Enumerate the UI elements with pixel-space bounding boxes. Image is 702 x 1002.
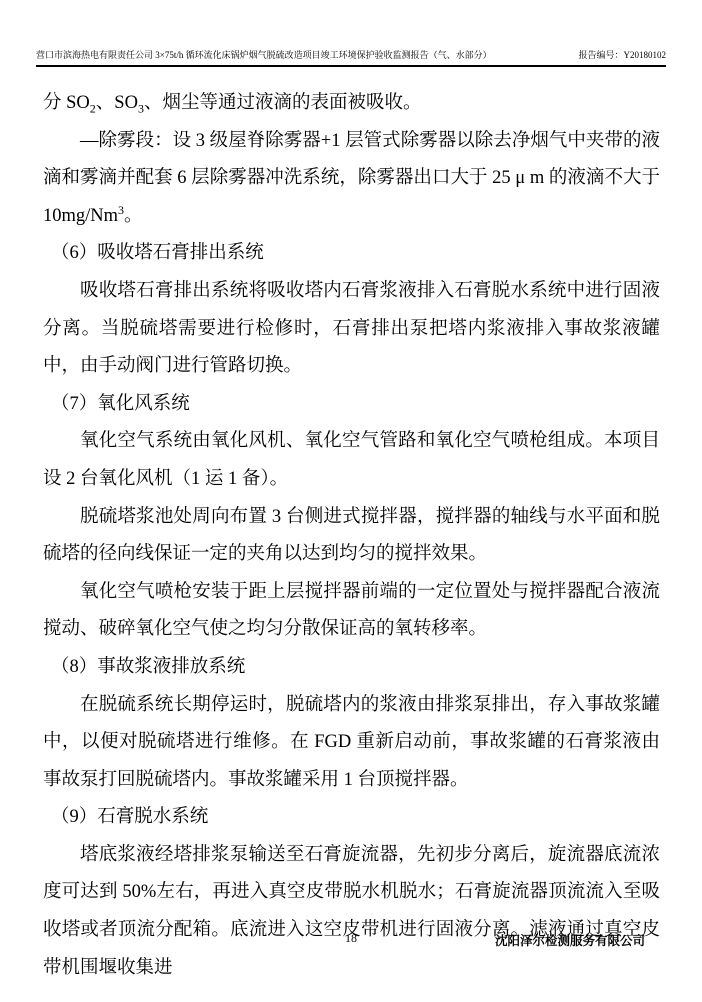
paragraph-demister: —除雾段：设 3 级屋脊除雾器+1 层管式除雾器以除去净烟气中夹带的液滴和雾滴并… xyxy=(43,123,660,236)
paragraph-oxidation-air: 氧化空气系统由氧化风机、氧化空气管路和氧化空气喷枪组成。本项目设 2 台氧化风机… xyxy=(43,423,660,498)
text-run: 氧化空气系统由氧化风机、氧化空气管路和氧化空气喷枪组成。本项目设 2 台氧化风机… xyxy=(43,431,660,489)
text-run: 、SO xyxy=(96,93,138,113)
text-run: 塔底浆液经塔排浆泵输送至石膏旋流器，先初步分离后，旋流器底流浓度可达到 50%左… xyxy=(43,845,660,978)
paragraph-absorption: 分 SO2、SO3、烟尘等通过液滴的表面被吸收。 xyxy=(43,85,660,123)
header-title: 营口市滨海热电有限责任公司 3×75t/h 循环流化床锅炉烟气脱硫改造项目竣工环… xyxy=(36,50,492,61)
paragraph-gypsum-discharge: 吸收塔石膏排出系统将吸收塔内石膏浆液排入石膏脱水系统中进行固液分离。当脱硫塔需要… xyxy=(43,273,660,386)
text-run: 在脱硫系统长期停运时，脱硫塔内的浆液由排浆泵排出，存入事故浆罐中，以便对脱硫塔进… xyxy=(43,695,660,790)
report-number: 报告编号：Y20180102 xyxy=(578,50,666,61)
document-body: 分 SO2、SO3、烟尘等通过液滴的表面被吸收。 —除雾段：设 3 级屋脊除雾器… xyxy=(43,85,660,987)
section-heading-7: （7）氧化风系统 xyxy=(43,386,660,424)
text-run: （6）吸收塔石膏排出系统 xyxy=(51,243,264,263)
text-run: 分 SO xyxy=(43,93,90,113)
text-run: 脱硫塔浆池处周向布置 3 台侧进式搅拌器，搅拌器的轴线与水平面和脱硫塔的径向线保… xyxy=(43,507,660,565)
text-run: （7）氧化风系统 xyxy=(51,394,190,414)
paragraph-agitators: 脱硫塔浆池处周向布置 3 台侧进式搅拌器，搅拌器的轴线与水平面和脱硫塔的径向线保… xyxy=(43,499,660,574)
page-header: 营口市滨海热电有限责任公司 3×75t/h 循环流化床锅炉烟气脱硫改造项目竣工环… xyxy=(36,50,666,67)
text-run: 吸收塔石膏排出系统将吸收塔内石膏浆液排入石膏脱水系统中进行固液分离。当脱硫塔需要… xyxy=(43,281,660,376)
text-run: （8）事故浆液排放系统 xyxy=(51,657,245,677)
text-run: 。 xyxy=(124,206,143,226)
section-heading-8: （8）事故浆液排放系统 xyxy=(43,649,660,687)
report-number-value: Y20180102 xyxy=(624,50,667,60)
document-page: 营口市滨海热电有限责任公司 3×75t/h 循环流化床锅炉烟气脱硫改造项目竣工环… xyxy=(0,0,702,1002)
section-heading-9: （9）石膏脱水系统 xyxy=(43,799,660,837)
text-run: （9）石膏脱水系统 xyxy=(51,807,208,827)
section-heading-6: （6）吸收塔石膏排出系统 xyxy=(43,235,660,273)
paragraph-air-lance: 氧化空气喷枪安装于距上层搅拌器前端的一定位置处与搅拌器配合液流搅动、破碎氧化空气… xyxy=(43,574,660,649)
text-run: 、烟尘等通过液滴的表面被吸收。 xyxy=(144,93,422,113)
paragraph-emergency-slurry: 在脱硫系统长期停运时，脱硫塔内的浆液由排浆泵排出，存入事故浆罐中，以便对脱硫塔进… xyxy=(43,687,660,800)
footer-company-name: 沈阳泽尔检测服务有限公司 xyxy=(495,931,645,949)
text-run: 氧化空气喷枪安装于距上层搅拌器前端的一定位置处与搅拌器配合液流搅动、破碎氧化空气… xyxy=(43,582,660,640)
report-number-label: 报告编号： xyxy=(578,50,623,60)
paragraph-dewatering: 塔底浆液经塔排浆泵输送至石膏旋流器，先初步分离后，旋流器底流浓度可达到 50%左… xyxy=(43,837,660,987)
